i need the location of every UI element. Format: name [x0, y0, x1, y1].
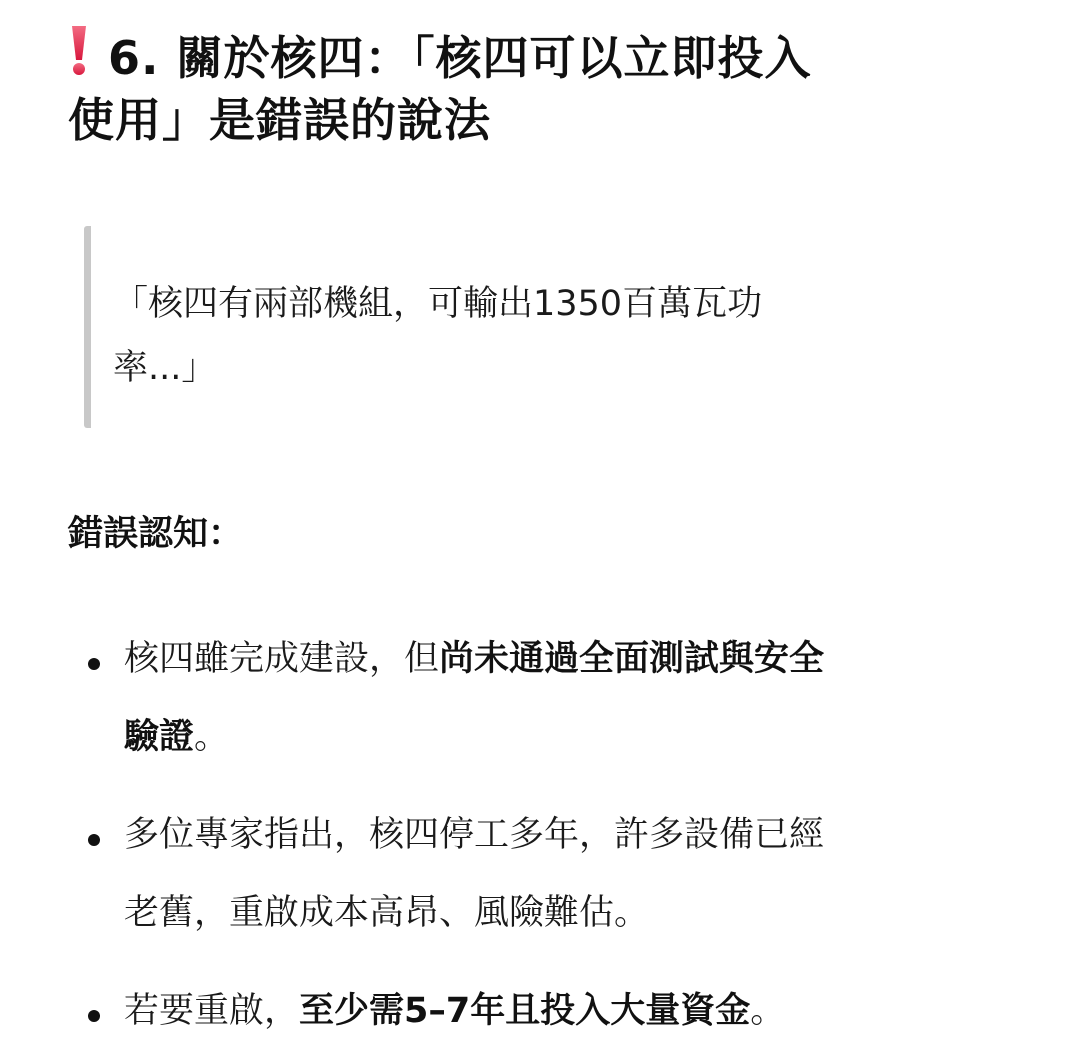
bullet-dot-icon	[88, 658, 100, 670]
quote-line-2: 率...」	[113, 336, 953, 400]
text-run: 多位專家指出，核四停工多年，許多設備已經	[124, 796, 1024, 874]
list-item-text: 多位專家指出，核四停工多年，許多設備已經 老舊，重啟成本高昂、風險難估。	[124, 796, 1024, 952]
bold-text-run: 尚未通過全面測試與安全	[439, 639, 824, 679]
text-run: 若要重啟，	[124, 991, 299, 1031]
text-run: 。	[750, 991, 785, 1031]
section-label: 錯誤認知：	[68, 506, 243, 562]
list-item-text: 核四雖完成建設，但尚未通過全面測試與安全 驗證。	[124, 620, 1024, 776]
bold-text-run: 至少需5–7年且投入大量資金	[299, 991, 750, 1031]
bold-text-run: 驗證	[124, 717, 194, 757]
list-item-text: 若要重啟，至少需5–7年且投入大量資金。	[124, 972, 1024, 1050]
text-run: 。	[194, 717, 229, 757]
text-run: 老舊，重啟成本高昂、風險難估。	[124, 874, 1024, 952]
exclamation-icon	[68, 24, 90, 76]
text-run: 核四雖完成建設，但	[124, 639, 439, 679]
heading-text-1: 6. 關於核四：「核四可以立即投入	[108, 31, 812, 85]
bullet-dot-icon	[88, 1010, 100, 1022]
blockquote: 「核四有兩部機組，可輸出1350百萬瓦功 率...」	[84, 226, 991, 428]
heading-line-2: 使用」是錯誤的說法	[68, 89, 1028, 151]
quote-text: 「核四有兩部機組，可輸出1350百萬瓦功 率...」	[113, 272, 953, 400]
bullet-dot-icon	[88, 834, 100, 846]
quote-line-1: 「核四有兩部機組，可輸出1350百萬瓦功	[113, 272, 953, 336]
heading-line-1: 6. 關於核四：「核四可以立即投入	[68, 22, 1028, 89]
section-heading: 6. 關於核四：「核四可以立即投入 使用」是錯誤的說法	[68, 22, 1028, 151]
